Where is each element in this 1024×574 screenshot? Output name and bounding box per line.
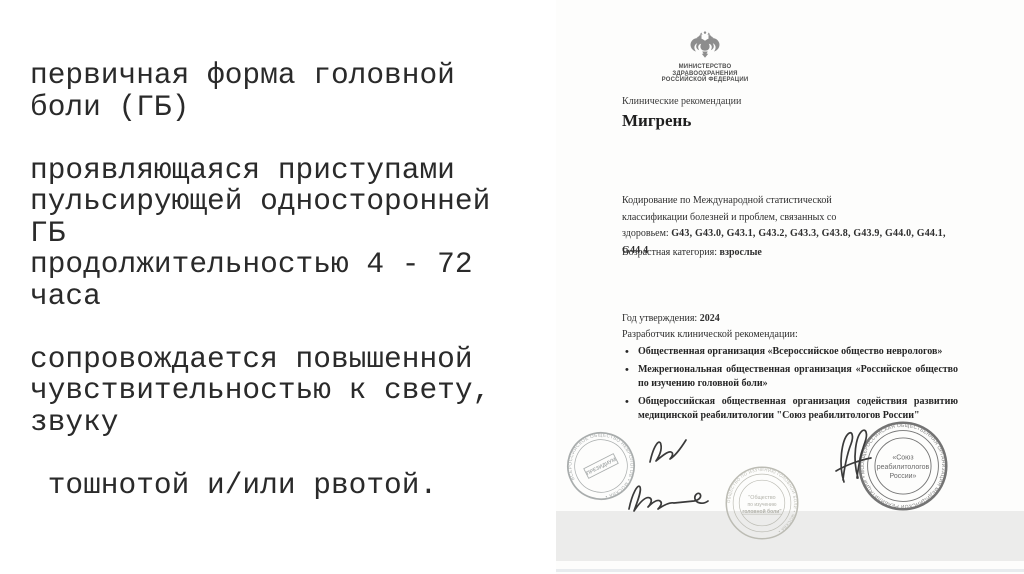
stamp-center-line: по изучению — [747, 502, 776, 508]
signature-3 — [830, 426, 876, 488]
stamp-center-line: "Общество — [748, 495, 775, 501]
ministry-name: МИНИСТЕРСТВО ЗДРАВООХРАНЕНИЯ РОССИЙСКОЙ … — [645, 64, 765, 84]
eagle-emblem-icon — [689, 28, 721, 64]
bottom-edge-line — [556, 569, 1024, 572]
doc-title: Мигрень — [622, 111, 691, 131]
year-value: 2024 — [700, 313, 720, 324]
stamp-center-line: реабилитологов — [877, 463, 930, 471]
stamp-headache-society: ОБЩЕСТВО ПО ИЗУЧЕНИЮ ГОЛОВНОЙ БОЛИ • МОС… — [724, 465, 800, 541]
stamp-center-line: России» — [890, 473, 917, 480]
developer-item: Межрегиональная общественная организация… — [622, 363, 958, 392]
doc-type-label: Клинические рекомендации — [622, 96, 741, 107]
developer-heading: Разработчик клинической рекомендации: — [622, 329, 798, 340]
approval-year-line: Год утверждения: 2024 — [622, 313, 720, 324]
stamp-center-line: головной боли" — [742, 508, 782, 515]
slide-body-text: первичная форма головной боли (ГБ) прояв… — [30, 60, 490, 501]
stamp-center-line: «Союз — [892, 455, 913, 462]
age-value: взрослые — [720, 247, 762, 258]
signature-2 — [624, 472, 712, 518]
age-category-line: Возрастная категория: взрослые — [622, 247, 762, 258]
age-label: Возрастная категория: — [622, 247, 720, 258]
developer-item: Общественная организация «Всероссийское … — [622, 345, 958, 360]
year-label: Год утверждения: — [622, 313, 700, 324]
signature-1 — [644, 430, 690, 470]
document-panel: МИНИСТЕРСТВО ЗДРАВООХРАНЕНИЯ РОССИЙСКОЙ … — [556, 0, 1024, 574]
developer-list: Общественная организация «Всероссийское … — [622, 345, 958, 427]
